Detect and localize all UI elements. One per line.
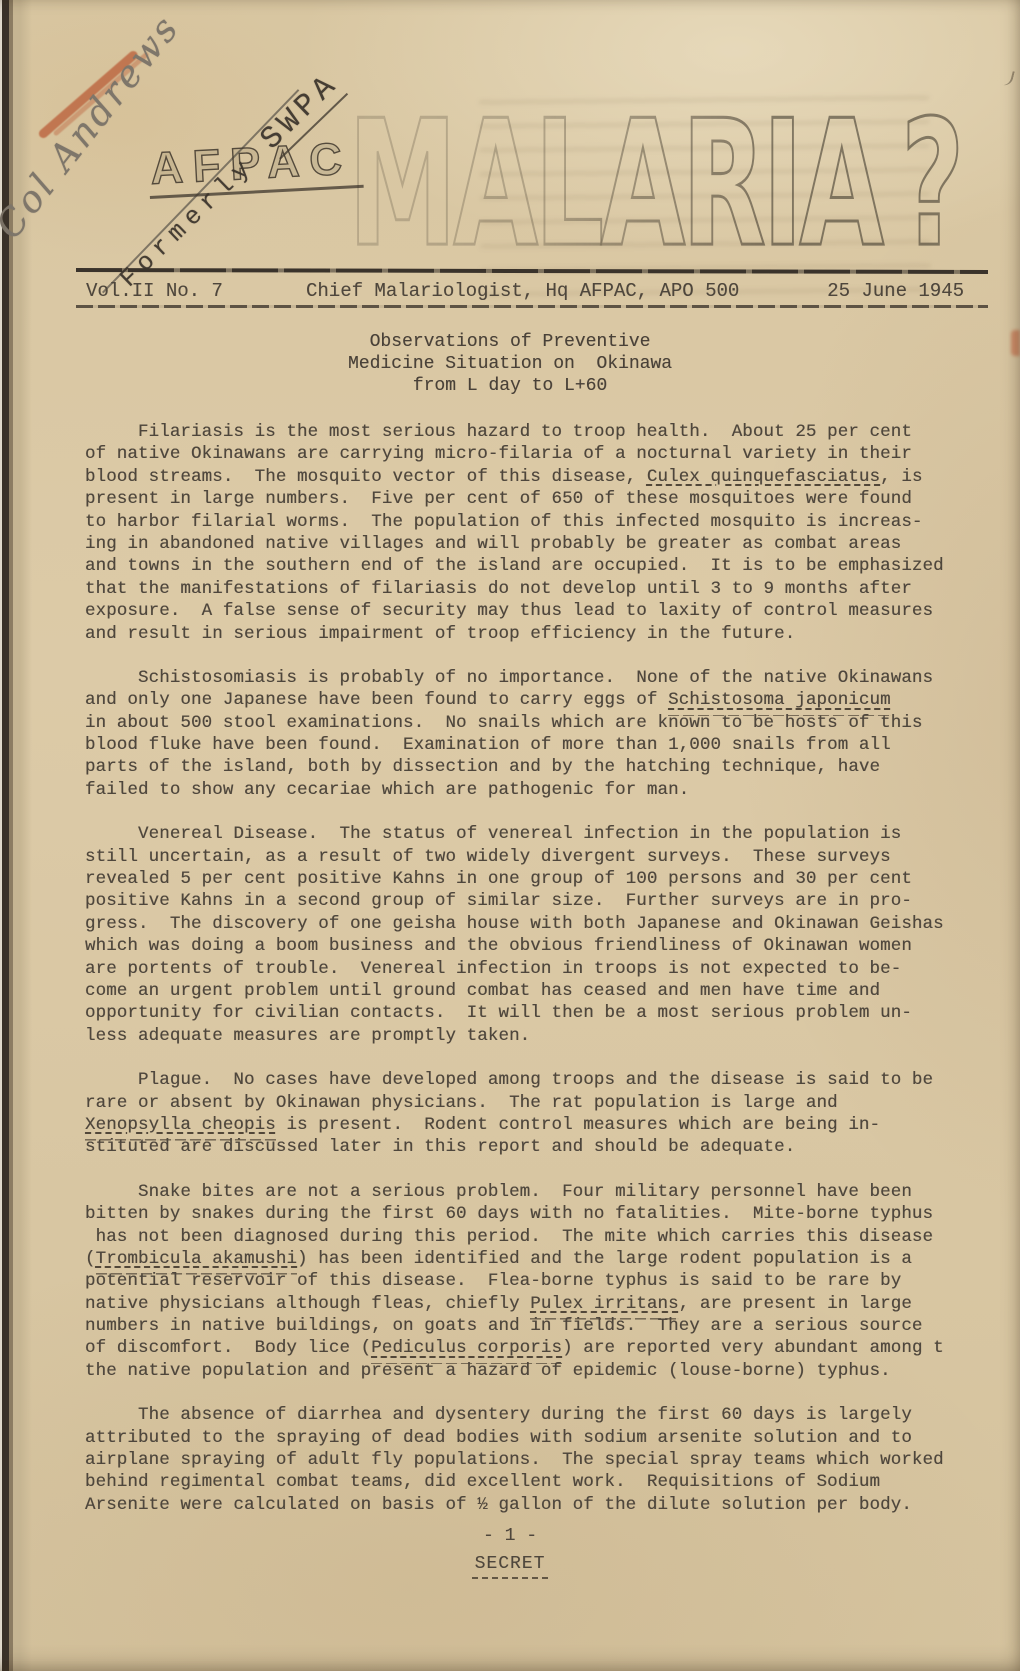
text-line: Filariasis is the most serious hazard to… (85, 421, 971, 443)
malaria-logo-text: MALARIA (348, 84, 880, 286)
text-line: Snake bites are not a serious problem. F… (85, 1181, 971, 1203)
text-line: still uncertain, as a result of two wide… (85, 846, 971, 868)
text-line: of discomfort. Body lice (Pediculus corp… (85, 1337, 971, 1359)
underlined-term: Culex quinquefasciatus (647, 467, 880, 487)
masthead-office: Chief Malariologist, Hq AFPAC, APO 500 (306, 280, 827, 302)
book-spine-edge (0, 0, 32, 1671)
question-mark-glyph: ? (901, 84, 965, 286)
text-line: Schistosomiasis is probably of no import… (85, 667, 971, 689)
text-line: positive Kahns in a second group of simi… (85, 890, 971, 912)
text-line: which was doing a boom business and the … (85, 935, 971, 957)
text-line: Xenopsylla cheopis is present. Rodent co… (85, 1114, 971, 1136)
body-text: Filariasis is the most serious hazard to… (85, 421, 971, 1538)
text-line: blood fluke have been found. Examination… (85, 734, 971, 756)
classification-stamp: SECRET (472, 1554, 549, 1579)
text-line: present in large numbers. Five per cent … (85, 488, 971, 510)
document-page: Col Andrews Formerly SWPA AFPAC MALARIA?… (0, 0, 1020, 1671)
text-line: potential reservoir of this disease. Fle… (85, 1270, 971, 1292)
malaria-logo: MALARIA? (348, 98, 964, 272)
paragraph: Plague. No cases have developed among tr… (85, 1069, 971, 1159)
paragraph: Schistosomiasis is probably of no import… (85, 667, 971, 801)
text-line: attributed to the spraying of dead bodie… (85, 1427, 971, 1449)
text-line: opportunity for civilian contacts. It wi… (85, 1002, 971, 1024)
text-line: airplane spraying of adult fly populatio… (85, 1449, 971, 1471)
text-line: native physicians although fleas, chiefl… (85, 1293, 971, 1315)
text-line: revealed 5 per cent positive Kahns in on… (85, 868, 971, 890)
text-line: to harbor filarial worms. The population… (85, 511, 971, 533)
text-line: gress. The discovery of one geisha house… (85, 913, 971, 935)
text-line: in about 500 stool examinations. No snai… (85, 712, 971, 734)
text-line: exposure. A false sense of security may … (85, 600, 971, 622)
text-line: failed to show any cecariae which are pa… (85, 779, 971, 801)
masthead-date: 25 June 1945 (827, 280, 964, 302)
masthead-dashed-rule (76, 305, 988, 308)
text-line: The absence of diarrhea and dysentery du… (85, 1404, 971, 1426)
text-line: ing in abandoned native villages and wil… (85, 533, 971, 555)
text-line: Plague. No cases have developed among tr… (85, 1069, 971, 1091)
pen-check-mark (1000, 69, 1015, 87)
text-line: behind regimental combat teams, did exce… (85, 1471, 971, 1493)
text-line: numbers in native buildings, on goats an… (85, 1315, 971, 1337)
paragraph: The absence of diarrhea and dysentery du… (85, 1404, 971, 1516)
title-line-3: from L day to L+60 (0, 375, 1020, 397)
text-line: come an urgent problem until ground comb… (85, 980, 971, 1002)
afpac-stamp: AFPAC (147, 135, 363, 199)
text-line: the native population and present a haza… (85, 1360, 971, 1382)
page-number: - 1 - (0, 1526, 1020, 1546)
text-line: less adequate measures are promptly take… (85, 1025, 971, 1047)
text-line: are portents of trouble. Venereal infect… (85, 958, 971, 980)
text-line: that the manifestations of filariasis do… (85, 578, 971, 600)
text-line: bitten by snakes during the first 60 day… (85, 1203, 971, 1225)
text-line: of native Okinawans are carrying micro-f… (85, 443, 971, 465)
page-footer: - 1 - SECRET (0, 1526, 1020, 1579)
text-line: and towns in the southern end of the isl… (85, 555, 971, 577)
text-line: Arsenite were calculated on basis of ½ g… (85, 1494, 971, 1516)
text-line: and result in serious impairment of troo… (85, 623, 971, 645)
title-line-1: Observations of Preventive (0, 331, 1020, 353)
paragraph: Snake bites are not a serious problem. F… (85, 1181, 971, 1383)
text-line: stituted are discussed later in this rep… (85, 1136, 971, 1158)
text-line: (Trombicula akamushi) has been identifie… (85, 1248, 971, 1270)
text-line: rare or absent by Okinawan physicians. T… (85, 1092, 971, 1114)
text-line: parts of the island, both by dissection … (85, 756, 971, 778)
title-line-2: Medicine Situation on Okinawa (0, 353, 1020, 375)
volume-number: Vol.II No. 7 (86, 280, 306, 302)
text-line: blood streams. The mosquito vector of th… (85, 466, 971, 488)
text-line: has not been diagnosed during this perio… (85, 1226, 971, 1248)
masthead-row: Vol.II No. 7 Chief Malariologist, Hq AFP… (86, 280, 964, 302)
text-line: and only one Japanese have been found to… (85, 689, 971, 711)
text-line: Venereal Disease. The status of venereal… (85, 823, 971, 845)
paragraph: Venereal Disease. The status of venereal… (85, 823, 971, 1047)
document-title: Observations of Preventive Medicine Situ… (0, 331, 1020, 397)
paragraph: Filariasis is the most serious hazard to… (85, 421, 971, 645)
